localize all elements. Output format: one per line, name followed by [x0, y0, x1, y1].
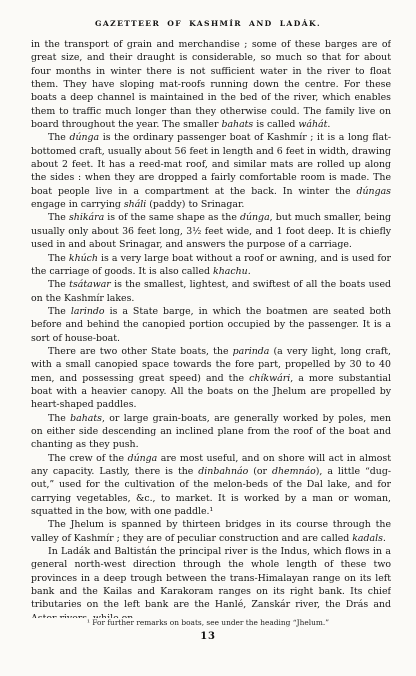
body-text: in the transport of grain and merchandis… [31, 38, 391, 618]
paragraph: The dúnga is the ordinary passenger boat… [31, 131, 391, 211]
text-run: There are two other State boats, the [48, 346, 233, 357]
footnote: ¹ For further remarks on boats, see unde… [0, 618, 416, 627]
paragraph: The larindo is a State barge, in which t… [31, 305, 391, 345]
paragraph: In Ladák and Baltistán the principal riv… [31, 545, 391, 618]
paragraph: The tsátawar is the smallest, lightest, … [31, 278, 391, 305]
italic-term: dúnga [128, 453, 158, 464]
text-run: The crew of the [48, 453, 128, 464]
page-number: 13 [0, 631, 416, 642]
italic-term: shikára [69, 212, 104, 223]
italic-term: larindo [71, 306, 105, 317]
text-run: The [48, 306, 71, 317]
italic-term: dhemnáo [272, 466, 316, 477]
italic-term: chíkwári [249, 373, 290, 384]
text-run: engage in carrying [31, 199, 124, 210]
text-run: (or [248, 466, 272, 477]
text-run: The [48, 132, 69, 143]
paragraph: The shikára is of the same shape as the … [31, 211, 391, 251]
paragraph: The khúch is a very large boat without a… [31, 252, 391, 279]
text-run: . [327, 119, 330, 130]
italic-term: khúch [69, 253, 98, 264]
italic-term: wáhát [298, 119, 327, 130]
text-run: The Jhelum is spanned by thirteen bridge… [31, 519, 391, 543]
text-run: The [48, 253, 69, 264]
running-header: GAZETTEER OF KASHMÍR AND LADÁK. [0, 19, 416, 28]
book-page: GAZETTEER OF KASHMÍR AND LADÁK. in the t… [0, 0, 416, 676]
text-run: The [48, 212, 69, 223]
paragraph: There are two other State boats, the par… [31, 345, 391, 412]
text-run: is called [253, 119, 298, 130]
paragraph: The bahats, or large grain-boats, are ge… [31, 412, 391, 452]
text-run: in the transport of grain and merchandis… [31, 39, 391, 130]
paragraph: The crew of the dúnga are most useful, a… [31, 452, 391, 519]
text-run: In Ladák and Baltistán the principal riv… [31, 546, 391, 618]
text-run: The [48, 413, 70, 424]
italic-term: dúnga [69, 132, 99, 143]
paragraph: The Jhelum is spanned by thirteen bridge… [31, 518, 391, 545]
text-run: . [383, 533, 386, 544]
text-run: . [248, 266, 251, 277]
text-run: The [48, 279, 69, 290]
italic-term: sháli [124, 199, 146, 210]
italic-term: dúnga [240, 212, 270, 223]
italic-term: dúngas [357, 186, 391, 197]
italic-term: khachu [213, 266, 248, 277]
italic-term: kadals [352, 533, 383, 544]
italic-term: tsátawar [69, 279, 111, 290]
italic-term: bahats [221, 119, 253, 130]
italic-term: parinda [233, 346, 270, 357]
italic-term: bahats [70, 413, 102, 424]
text-run: (paddy) to Srinagar. [146, 199, 244, 210]
paragraph: in the transport of grain and merchandis… [31, 38, 391, 131]
text-run: is of the same shape as the [104, 212, 240, 223]
italic-term: dinbahnáo [198, 466, 248, 477]
